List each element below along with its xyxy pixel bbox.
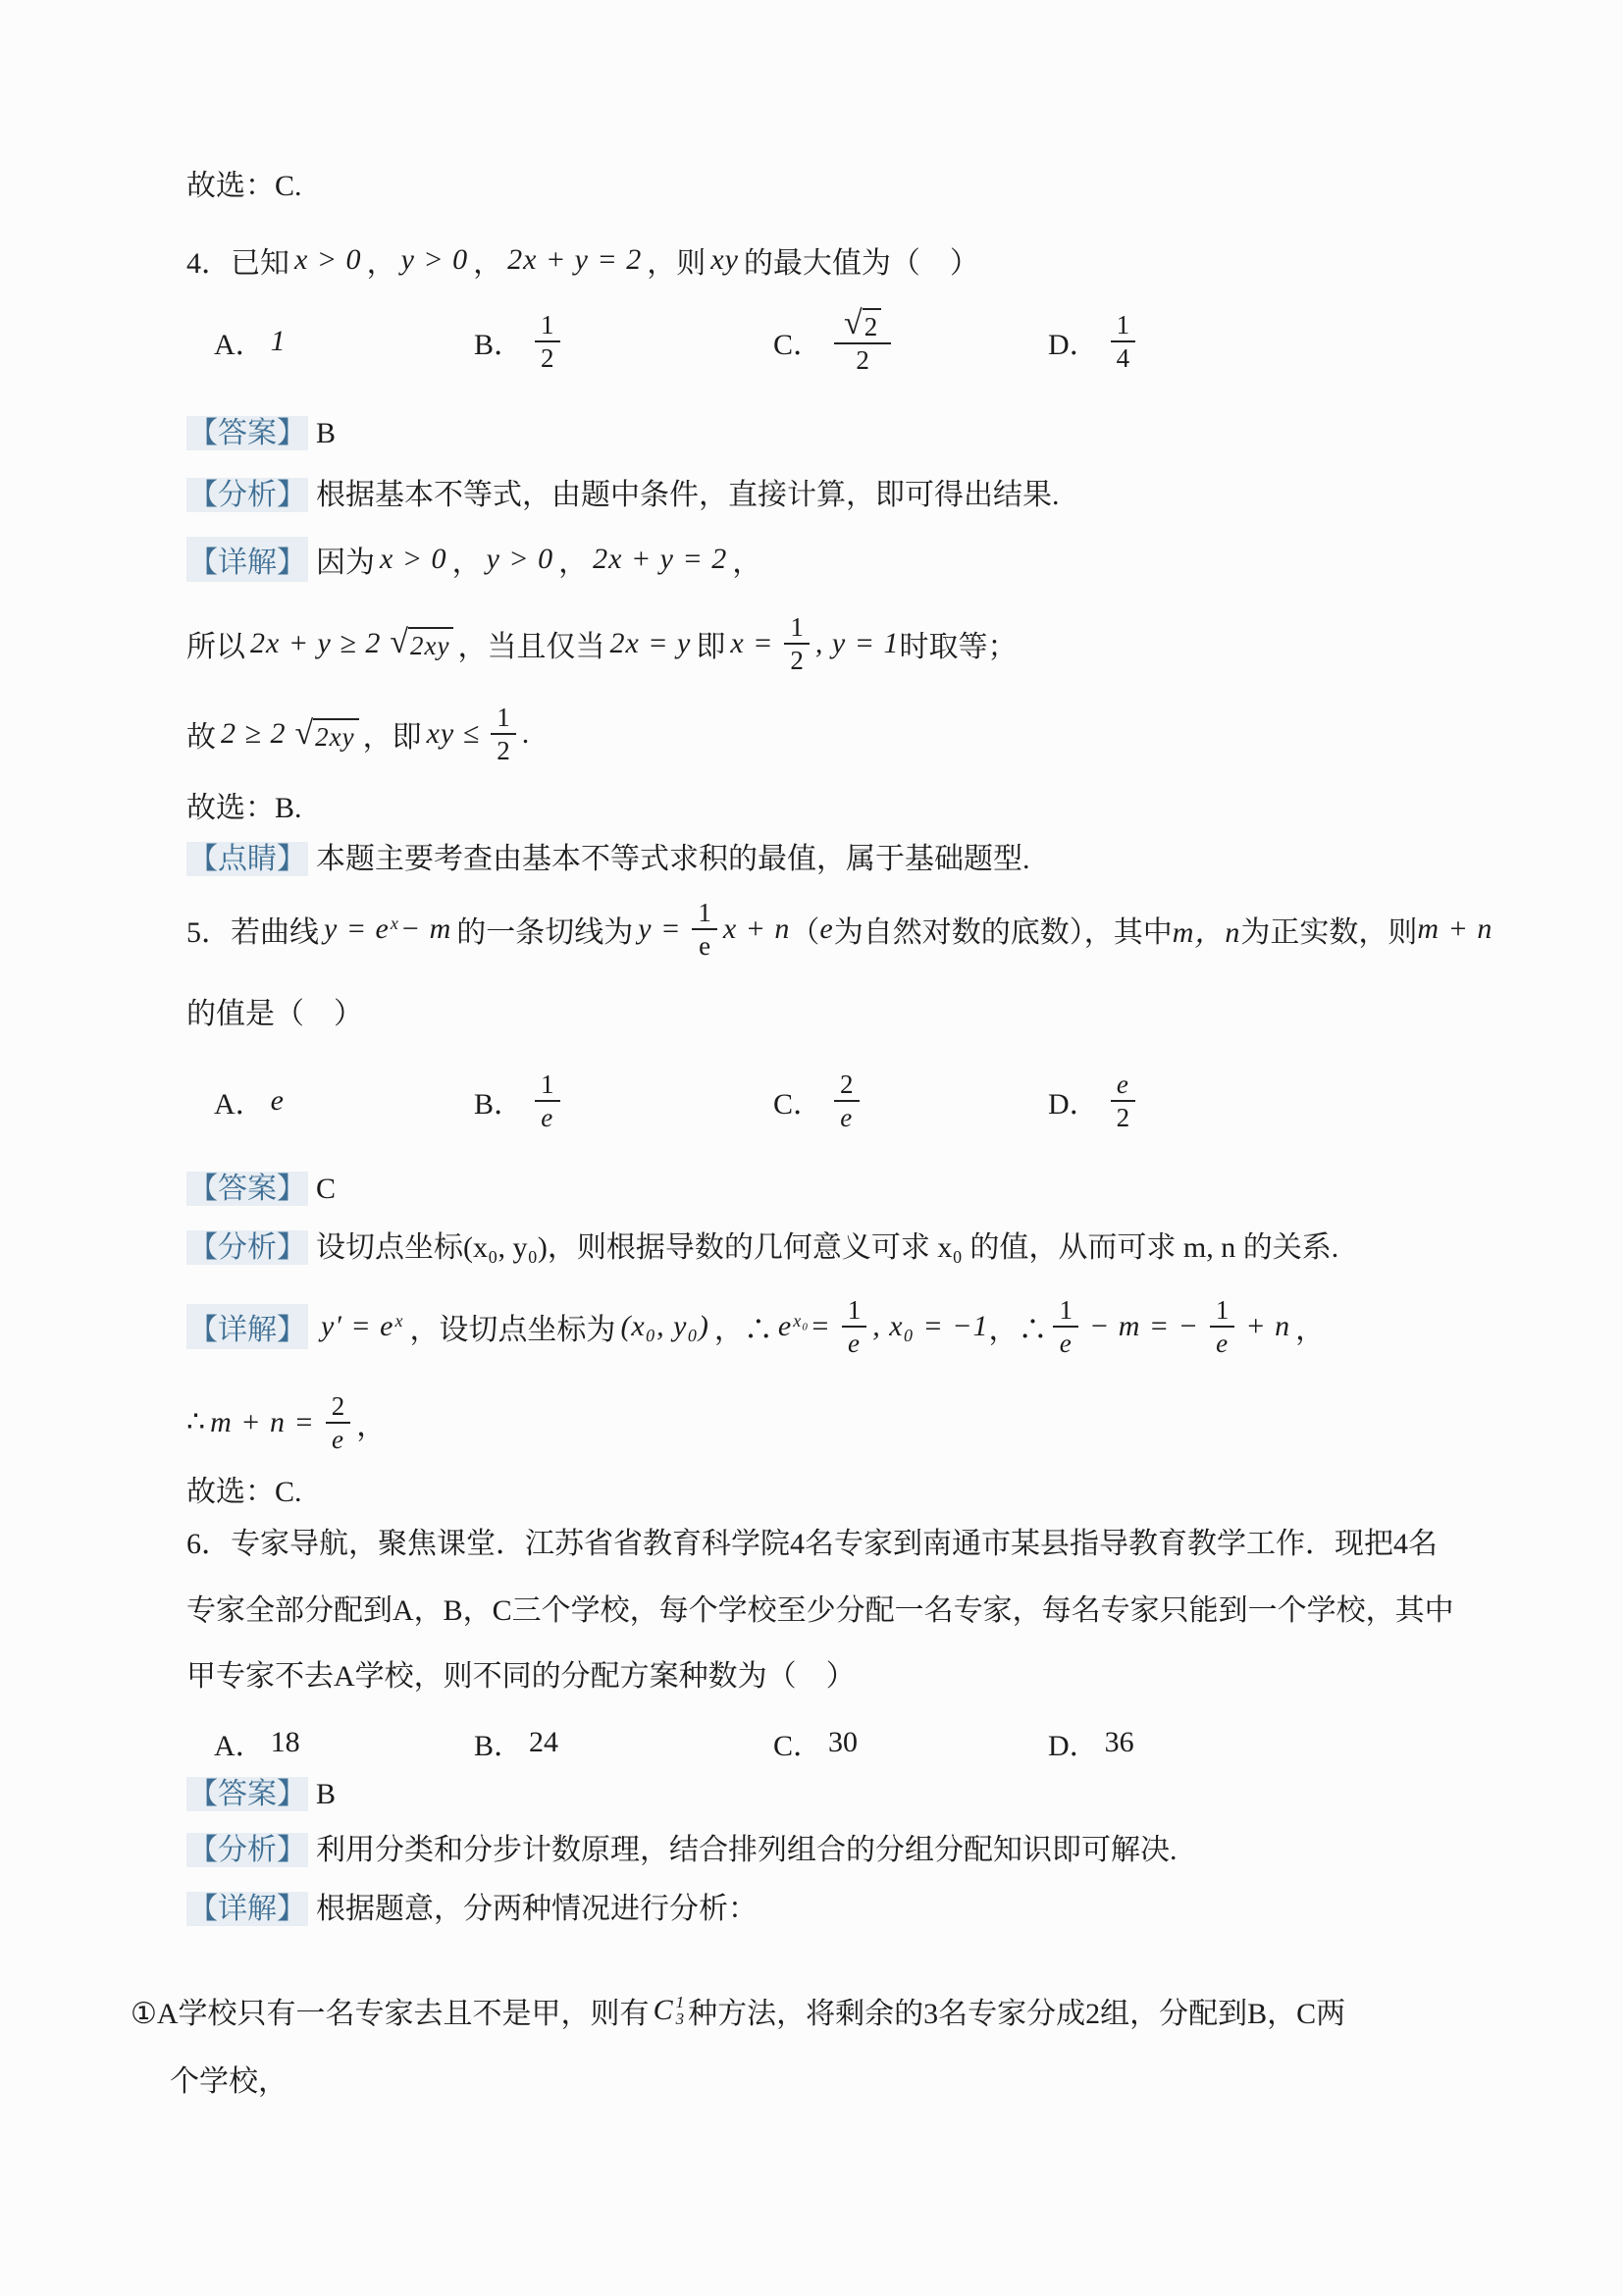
math-e: e	[819, 913, 833, 946]
q4-note-line: 【点睛】本题主要考查由基本不等式求积的最值，属于基础题型.	[186, 838, 1486, 881]
option-label: C．	[773, 1721, 822, 1764]
superscript: x₀	[793, 1311, 809, 1331]
option-value: 18	[271, 1726, 300, 1759]
q5-number-lead: 5．若曲线	[186, 908, 319, 951]
q5-analysis-line: 【分析】设切点坐标(x₀, y₀)，则根据导数的几何意义可求 x₀ 的值，从而可…	[186, 1226, 1486, 1270]
q4-detail-line3: 故 2 ≥ 2 √2xy ，即 xy ≤ 12 .	[186, 691, 1486, 777]
fraction: e2	[1111, 1069, 1136, 1133]
q4-cond-eq: 2x + y = 2	[507, 243, 642, 277]
q6-stem-line3: 甲专家不去A学校，则不同的分配方案种数为（ ）	[186, 1655, 1486, 1698]
fraction: 1e	[535, 1069, 560, 1133]
math: , y = 1	[815, 627, 900, 660]
detail-tag: 【详解】	[186, 1892, 308, 1926]
math: − m = −	[1089, 1310, 1199, 1343]
q5-options: A． e B． 1e C． 2e D． e2	[186, 1057, 1486, 1145]
superscript: x	[391, 913, 399, 933]
fraction: 1e	[842, 1294, 867, 1359]
therefore: ，∴	[988, 1305, 1047, 1348]
option-label: D．	[1048, 1721, 1099, 1764]
q5-answer-line: 【答案】C	[186, 1168, 1486, 1211]
option-label: A．	[214, 1721, 265, 1764]
combination-notation: C 13	[654, 1994, 685, 2027]
math: xy ≤	[427, 717, 481, 751]
math: y′ = ex	[321, 1310, 404, 1343]
q5-option-c: C． 2e	[773, 1069, 1048, 1133]
q5-detail-line1: 【详解】 y′ = ex ，设切点坐标为 (x₀, y₀) ，∴ ex₀= 1e…	[186, 1282, 1486, 1371]
text: 即	[696, 622, 725, 665]
q5-analysis-text: 设切点坐标(x₀, y₀)，则根据导数的几何意义可求 x₀ 的值，从而可求 m,…	[316, 1231, 1338, 1264]
q5-stem-line1: 5．若曲线 y = ex− m 的一条切线为 y = 1e x + n （ e …	[186, 885, 1486, 973]
text: ，当且仅当	[457, 622, 604, 665]
q4-cond-y: y > 0	[401, 243, 469, 277]
q5-option-b: B． 1e	[474, 1069, 773, 1133]
fraction: 1e	[1210, 1294, 1235, 1359]
comma: ，	[356, 1401, 386, 1444]
fraction: 2e	[834, 1069, 860, 1133]
q4-xy: xy	[710, 243, 739, 277]
q5-conclusion: 故选：C.	[186, 1471, 1486, 1514]
math-mn: m，n	[1173, 908, 1241, 951]
option-label: A．	[214, 1079, 265, 1122]
answer-tag: 【答案】	[186, 416, 308, 450]
option-label: C．	[773, 320, 822, 363]
math: 2 ≥ 2	[221, 717, 286, 751]
q6-case1-line: ①A学校只有一名专家去且不是甲，则有 C 13 种方法，将剩余的3名专家分成2组…	[131, 1989, 1486, 2032]
radicand: 2	[863, 308, 882, 342]
answer-tag: 【答案】	[186, 1172, 308, 1206]
q4-detail-line1: 【详解】因为x > 0，y > 0，2x + y = 2，	[186, 537, 1486, 582]
text: 时取等；	[899, 622, 1017, 665]
option-label: B．	[474, 320, 523, 363]
q5-answer-value: C	[316, 1173, 336, 1205]
q6-detail-intro-text: 根据题意，分两种情况进行分析：	[316, 1893, 758, 1925]
text: ，设切点坐标为	[409, 1305, 615, 1348]
analysis-tag: 【分析】	[186, 478, 308, 512]
fraction: 14	[1111, 309, 1136, 374]
q6-answer-value: B	[316, 1778, 336, 1810]
note-tag: 【点睛】	[186, 842, 308, 876]
fraction: 12	[535, 309, 560, 374]
math: x + n	[723, 913, 791, 946]
comma: ，	[452, 538, 482, 581]
radicand: 2xy	[313, 718, 358, 753]
q4-analysis-line: 【分析】根据基本不等式，由题中条件，直接计算，即可得出结果.	[186, 474, 1486, 517]
q4-then: ，则	[647, 238, 706, 282]
comma: ，	[367, 238, 396, 282]
q4-option-d: D． 14	[1048, 309, 1486, 374]
option-value: 1	[271, 325, 287, 358]
text: 所以	[186, 622, 245, 665]
q6-analysis-text: 利用分类和分步计数原理，结合排列组合的分组分配知识即可解决.	[316, 1834, 1178, 1866]
math: m + n =	[210, 1406, 315, 1439]
option-value: 24	[529, 1726, 558, 1759]
text: 为自然对数的底数），其中	[834, 908, 1173, 951]
q6-stem-line2: 专家全部分配到A，B，C三个学校，每个学校至少分配一名专家，每名专家只能到一个学…	[186, 1590, 1486, 1633]
exam-document-page: 故选：C. 4．已知x > 0，y > 0，2x + y = 2，则xy的最大值…	[0, 0, 1623, 2296]
q6-option-c: C． 30	[773, 1721, 1048, 1764]
math: (x₀, y₀)	[620, 1310, 708, 1343]
q6-option-a: A． 18	[214, 1721, 474, 1764]
q4-options: A． 1 B． 12 C． √2 2 D． 14	[186, 294, 1486, 388]
q4-conclusion: 故选：B.	[186, 787, 1486, 830]
therefore: ，∴	[714, 1305, 773, 1348]
q6-option-d: D． 36	[1048, 1721, 1486, 1764]
q6-analysis-line: 【分析】利用分类和分步计数原理，结合排列组合的分组分配知识即可解决.	[186, 1829, 1486, 1872]
math: 2x + y ≥ 2	[250, 627, 381, 660]
q4-answer-line: 【答案】B	[186, 412, 1486, 455]
combination-superscript: 1	[676, 1994, 685, 2010]
q4-option-c: C． √2 2	[773, 306, 1048, 376]
option-label: D．	[1048, 1079, 1099, 1122]
text: 的一条切线为	[456, 908, 633, 951]
q6-answer-line: 【答案】B	[186, 1773, 1486, 1816]
text: 故	[186, 712, 216, 756]
math: 2x + y = 2	[593, 543, 727, 576]
q5-stem-line2: 的值是（ ）	[186, 993, 1486, 1036]
q3-conclusion: 故选：C.	[186, 165, 1486, 208]
radicand: 2xy	[408, 627, 453, 661]
comma: ，	[1295, 1305, 1325, 1348]
sqrt-expression: √2xy	[294, 716, 358, 753]
q4-number-lead: 4．已知	[186, 238, 289, 282]
text: 因为	[316, 538, 375, 581]
comma: ，	[558, 538, 588, 581]
fraction: 1e	[1053, 1294, 1078, 1359]
detail-tag: 【详解】	[186, 537, 308, 582]
option-label: A．	[214, 320, 265, 363]
option-label: D．	[1048, 320, 1099, 363]
fraction: 12	[784, 611, 810, 676]
detail-tag: 【详解】	[186, 1304, 308, 1349]
math: 2x = y	[609, 627, 691, 660]
option-value: 36	[1105, 1726, 1134, 1759]
text: 种方法，将剩余的3名专家分成2组，分配到B，C两	[688, 1989, 1345, 2032]
math: , x₀ = −1	[872, 1310, 988, 1343]
q4-option-b: B． 12	[474, 309, 773, 374]
math-m-plus-n: m + n	[1417, 913, 1492, 946]
q6-options: A． 18 B． 24 C． 30 D． 36	[186, 1721, 1486, 1764]
math: + n	[1245, 1310, 1290, 1343]
option-label: B．	[474, 1721, 523, 1764]
fraction: 1e	[692, 897, 717, 962]
math: x =	[730, 627, 773, 660]
option-label: C．	[773, 1079, 822, 1122]
option-value: 30	[828, 1726, 858, 1759]
q4-stem-tail: 的最大值为（ ）	[744, 238, 979, 282]
q6-case1-continuation: 个学校，	[170, 2061, 1486, 2104]
combination-subscript: 3	[676, 2010, 685, 2027]
radical-sign: √	[844, 306, 863, 341]
fraction-with-radical: √2 2	[834, 306, 891, 376]
option-label: B．	[474, 1079, 523, 1122]
answer-tag: 【答案】	[186, 1777, 308, 1811]
comma: ，	[732, 538, 761, 581]
q6-detail-intro-line: 【详解】根据题意，分两种情况进行分析：	[186, 1888, 1486, 1931]
option-value: e	[271, 1084, 285, 1118]
paren: （	[790, 908, 819, 951]
q5-option-a: A． e	[214, 1079, 474, 1122]
math: ex₀=	[778, 1310, 831, 1343]
q4-answer-value: B	[316, 417, 336, 449]
combination-base: C	[654, 1994, 674, 2027]
q4-cond-x: x > 0	[294, 243, 362, 277]
q6-option-b: B． 24	[474, 1721, 773, 1764]
q6-stem-line1: 6．专家导航，聚焦课堂．江苏省省教育科学院4名专家到南通市某县指导教育教学工作．…	[186, 1523, 1486, 1566]
q4-option-a: A． 1	[214, 320, 474, 363]
text: .	[522, 717, 530, 751]
superscript: x	[394, 1311, 403, 1331]
q4-detail-line2: 所以 2x + y ≥ 2 √2xy ，当且仅当 2x = y 即 x = 12…	[186, 598, 1486, 689]
q4-note-text: 本题主要考查由基本不等式求积的最值，属于基础题型.	[316, 843, 1030, 875]
sqrt-expression: √2	[844, 306, 881, 342]
q5-option-d: D． e2	[1048, 1069, 1486, 1133]
radical-sign: √	[390, 625, 408, 660]
text: ，即	[363, 712, 422, 756]
math: x > 0	[380, 543, 447, 576]
fraction: 2e	[326, 1390, 351, 1455]
q4-stem: 4．已知x > 0，y > 0，2x + y = 2，则xy的最大值为（ ）	[186, 238, 1486, 282]
analysis-tag: 【分析】	[186, 1833, 308, 1867]
q5-detail-line2: ∴ m + n = 2e ，	[186, 1381, 1486, 1464]
math: y =	[638, 913, 681, 946]
math: y > 0	[487, 543, 554, 576]
text: 为正实数，则	[1240, 908, 1417, 951]
fraction: 12	[491, 702, 516, 766]
sqrt-expression: √2xy	[390, 625, 453, 661]
math: y = ex− m	[324, 913, 451, 946]
q4-analysis-text: 根据基本不等式，由题中条件，直接计算，即可得出结果.	[316, 479, 1060, 511]
radical-sign: √	[294, 716, 313, 752]
therefore: ∴	[186, 1405, 205, 1439]
comma: ，	[473, 238, 502, 282]
analysis-tag: 【分析】	[186, 1230, 308, 1265]
text: ①A学校只有一名专家去且不是甲，则有	[131, 1989, 650, 2032]
